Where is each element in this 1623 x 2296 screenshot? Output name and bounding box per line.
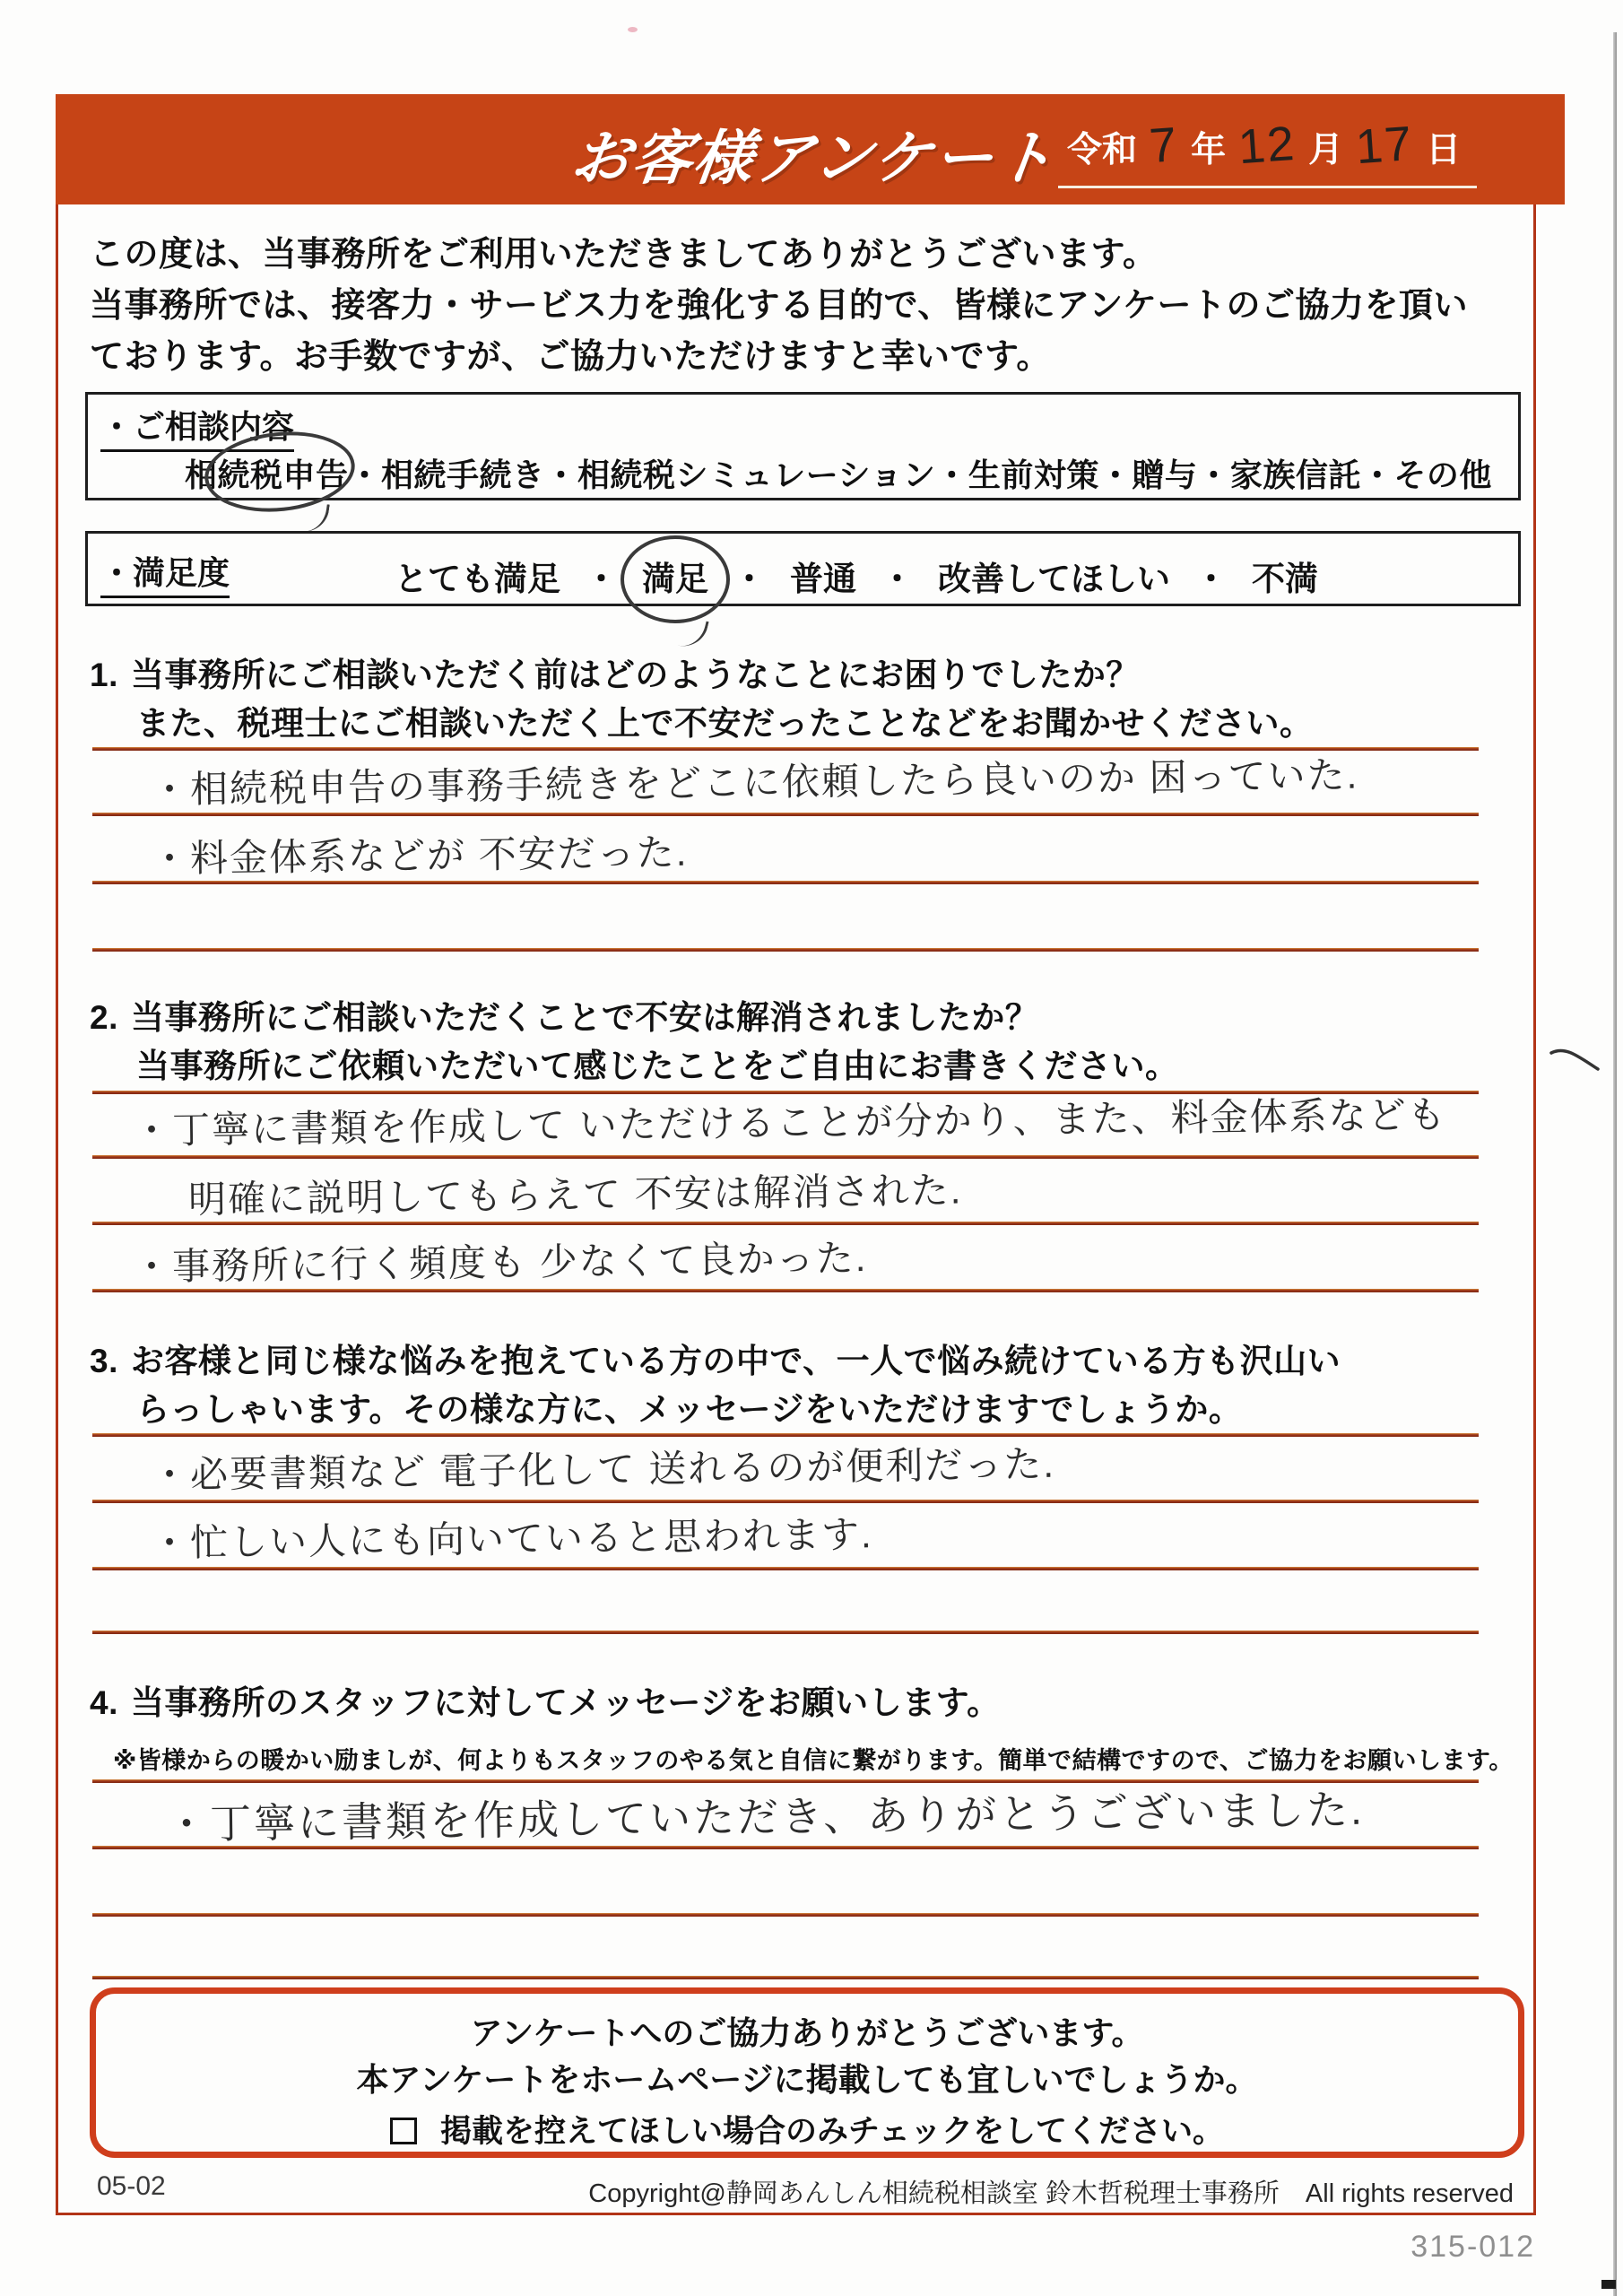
satisfaction-options: とても満足・満足・普通・改善してほしい・不満 xyxy=(395,552,1318,600)
answer-line xyxy=(92,1289,1479,1292)
option-separator: ・ xyxy=(733,561,766,597)
option-separator: ・ xyxy=(1194,561,1228,597)
handwritten-answer: ・事務所に行く頻度も 少なくて良かった. xyxy=(133,1229,868,1291)
intro-line: この度は、当事務所をご利用いただきましてありがとうございます。 xyxy=(90,230,1506,281)
scanned-survey-page: お客様アンケート 令和 7 年 12 月 17 日 この度は、当事務所をご利用い… xyxy=(0,0,1623,2296)
question-4-note: ※皆様からの暖かい励ましが、何よりもスタッフのやる気と自信に繋がります。簡単で結… xyxy=(113,1741,1514,1776)
satisfaction-option: 改善してほしい xyxy=(938,561,1170,597)
day-label: 日 xyxy=(1426,122,1461,172)
answer-line xyxy=(92,1567,1479,1570)
question-3-heading: 3.お客様と同じ様な悩みを抱えている方の中で、一人で悩み続けている方も沢山い ら… xyxy=(90,1337,1341,1434)
question-number: 2. xyxy=(90,999,118,1036)
thank-you-text: アンケートへのご協力ありがとうございます。 xyxy=(96,2008,1518,2054)
no-publish-checkbox xyxy=(390,2118,417,2144)
document-number: 315-012 xyxy=(1410,2230,1535,2265)
question-text: 当事務所のスタッフに対してメッセージをお願いします。 xyxy=(131,1684,1001,1721)
thank-you-box: アンケートへのご協力ありがとうございます。 本アンケートをホームページに掲載して… xyxy=(90,1987,1524,2158)
checkbox-label: 掲載を控えてほしい場合のみチェックをしてください。 xyxy=(440,2114,1224,2149)
satisfaction-label: ・満足度 xyxy=(100,548,230,598)
question-2-heading: 2.当事務所にご相談いただくことで不安は解消されましたか？ 当事務所にご依頼いた… xyxy=(90,994,1179,1091)
intro-text: この度は、当事務所をご利用いただきましてありがとうございます。 当事務所では、接… xyxy=(90,230,1506,383)
satisfaction-option: 普通 xyxy=(790,561,856,597)
question-number: 1. xyxy=(90,657,118,693)
question-text: また、税理士にご相談いただく上で不安だったことなどをお聞かせください。 xyxy=(136,700,1314,748)
handwritten-month: 12 xyxy=(1237,116,1298,175)
answer-line xyxy=(92,1500,1479,1503)
stray-pen-mark xyxy=(1548,1044,1603,1078)
answer-line xyxy=(92,881,1479,884)
question-number: 4. xyxy=(90,1684,118,1721)
answer-line xyxy=(92,1846,1479,1849)
scan-edge-shadow xyxy=(1613,32,1617,2296)
page-title: お客様アンケート xyxy=(567,110,1062,196)
handwritten-answer: ・料金体系などが 不安だった. xyxy=(151,823,689,883)
handwritten-answer: ・忙しい人にも向いていると思われます. xyxy=(151,1505,873,1568)
answer-line xyxy=(92,948,1479,952)
month-label: 月 xyxy=(1308,122,1343,172)
satisfaction-option-selected: 満足 xyxy=(642,552,708,600)
era-label: 令和 xyxy=(1067,122,1137,172)
year-label: 年 xyxy=(1191,122,1226,172)
option-separator: ・ xyxy=(585,561,618,597)
question-4-heading: 4.当事務所のスタッフに対してメッセージをお願いします。 xyxy=(90,1679,1001,1727)
intro-line: 当事務所では、接客力・サービス力を強化する目的で、皆様にアンケートのご協力を頂い xyxy=(90,281,1506,332)
answer-line xyxy=(92,813,1479,816)
question-text: お客様と同じ様な悩みを抱えている方の中で、一人で悩み続けている方も沢山い xyxy=(131,1343,1341,1379)
publish-permission-text: 本アンケートをホームページに掲載しても宜しいでしょうか。 xyxy=(96,2055,1518,2100)
handwritten-answer: ・必要書類など 電子化して 送れるのが便利だった. xyxy=(151,1435,1056,1500)
consultation-section: ・ご相談内容 相続税申告・相続手続き・相続税シミュレーション・生前対策・贈与・家… xyxy=(85,392,1521,500)
answer-line xyxy=(92,1976,1479,1979)
handwritten-year: 7 xyxy=(1148,117,1180,174)
answer-line xyxy=(92,1433,1479,1437)
header-banner: お客様アンケート 令和 7 年 12 月 17 日 xyxy=(56,94,1565,204)
satisfaction-section: ・満足度 とても満足・満足・普通・改善してほしい・不満 xyxy=(85,531,1521,606)
answer-line xyxy=(92,1155,1479,1159)
question-text: 当事務所にご相談いただく前はどのようなことにお困りでしたか？ xyxy=(131,657,1140,693)
answer-line xyxy=(92,1913,1479,1917)
answer-line xyxy=(92,1222,1479,1225)
consultation-options: 相続税申告・相続手続き・相続税シミュレーション・生前対策・贈与・家族信託・その他 xyxy=(185,450,1492,496)
option-separator: ・ xyxy=(881,561,914,597)
satisfaction-option: 不満 xyxy=(1252,561,1318,597)
selected-satisfaction-circle xyxy=(621,535,730,623)
scan-speck xyxy=(1601,2280,1616,2289)
date-line: 令和 7 年 12 月 17 日 xyxy=(1058,117,1477,188)
question-text: 当事務所にご相談いただくことで不安は解消されましたか？ xyxy=(131,999,1039,1036)
question-number: 3. xyxy=(90,1343,118,1379)
question-text: 当事務所にご依頼いただいて感じたことをご自由にお書きください。 xyxy=(136,1042,1179,1091)
handwritten-day: 17 xyxy=(1354,116,1415,175)
question-text: らっしゃいます。その様な方に、メッセージをいただけますでしょうか。 xyxy=(136,1386,1341,1434)
copyright-text: Copyright@静岡あんしん相続税相談室 鈴木哲税理士事務所 All rig… xyxy=(588,2173,1514,2210)
answer-line xyxy=(92,1631,1479,1634)
checkbox-row: 掲載を控えてほしい場合のみチェックをしてください。 xyxy=(96,2107,1518,2152)
intro-line: ております。お手数ですが、ご協力いただけますと幸いです。 xyxy=(90,332,1506,383)
form-code: 05-02 xyxy=(97,2171,166,2202)
satisfaction-option: とても満足 xyxy=(395,561,560,597)
question-1-heading: 1.当事務所にご相談いただく前はどのようなことにお困りでしたか？ また、税理士に… xyxy=(90,651,1314,748)
handwritten-answer: 明確に説明してもらえて 不安は解消された. xyxy=(188,1161,963,1224)
scan-speck xyxy=(628,27,638,32)
